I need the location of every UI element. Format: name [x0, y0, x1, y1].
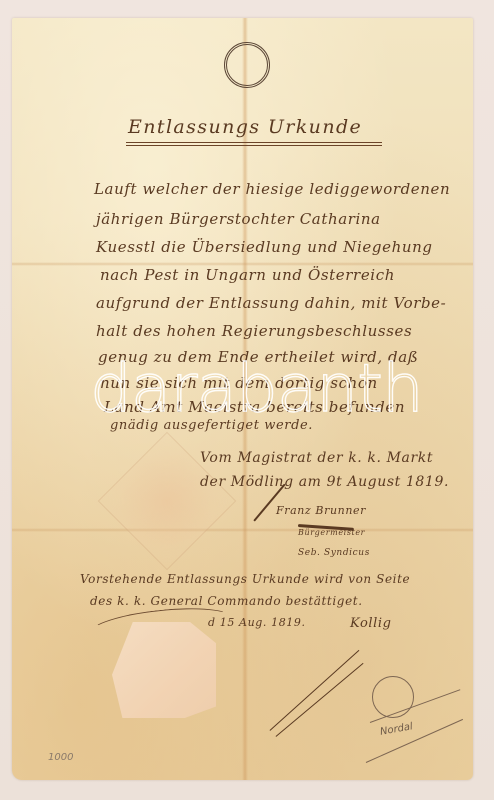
- issuer-line-2: der Mödling am 9t August 1819.: [200, 474, 449, 490]
- body-line-6: halt des hohen Regierungsbeschlusses: [96, 322, 412, 340]
- body-line-1: Lauft welcher der hiesige lediggewordene…: [94, 180, 450, 198]
- paper-seal-lower: [112, 622, 216, 718]
- signature-mayor: Franz Brunner: [276, 504, 366, 517]
- body-line-4: nach Pest in Ungarn und Österreich: [100, 266, 395, 284]
- pencil-price-note: 1000: [48, 752, 73, 763]
- signature-nordal-loop: [372, 676, 414, 718]
- circular-stamp-icon: ÖFFENTLICHE STEMPEL: [224, 42, 270, 88]
- body-line-3: Kuesstl die Übersiedlung und Niegehung: [96, 238, 433, 256]
- signature-syndicus: Seb. Syndicus: [298, 548, 370, 558]
- body-line-5: aufgrund der Entlassung dahin, mit Vorbe…: [96, 294, 446, 312]
- title-underline: [126, 142, 382, 143]
- document-stage: ÖFFENTLICHE STEMPEL Entlassungs Urkunde …: [0, 0, 494, 800]
- document-title: Entlassungs Urkunde: [128, 116, 362, 138]
- horizontal-fold-line-lower: [12, 528, 473, 532]
- signature-kollig: Kollig: [350, 616, 392, 631]
- endorsement-line-1: Vorstehende Entlassungs Urkunde wird von…: [80, 572, 410, 586]
- body-line-2: jährigen Bürgerstochter Catharina: [96, 210, 381, 228]
- watermark-text: darabanth: [90, 350, 423, 427]
- issuer-line-1: Vom Magistrat der k. k. Markt: [200, 450, 433, 466]
- signature-mayor-role: Bürgermeister: [298, 528, 365, 537]
- endorsement-line-2: des k. k. General Commando bestättiget.: [90, 594, 363, 608]
